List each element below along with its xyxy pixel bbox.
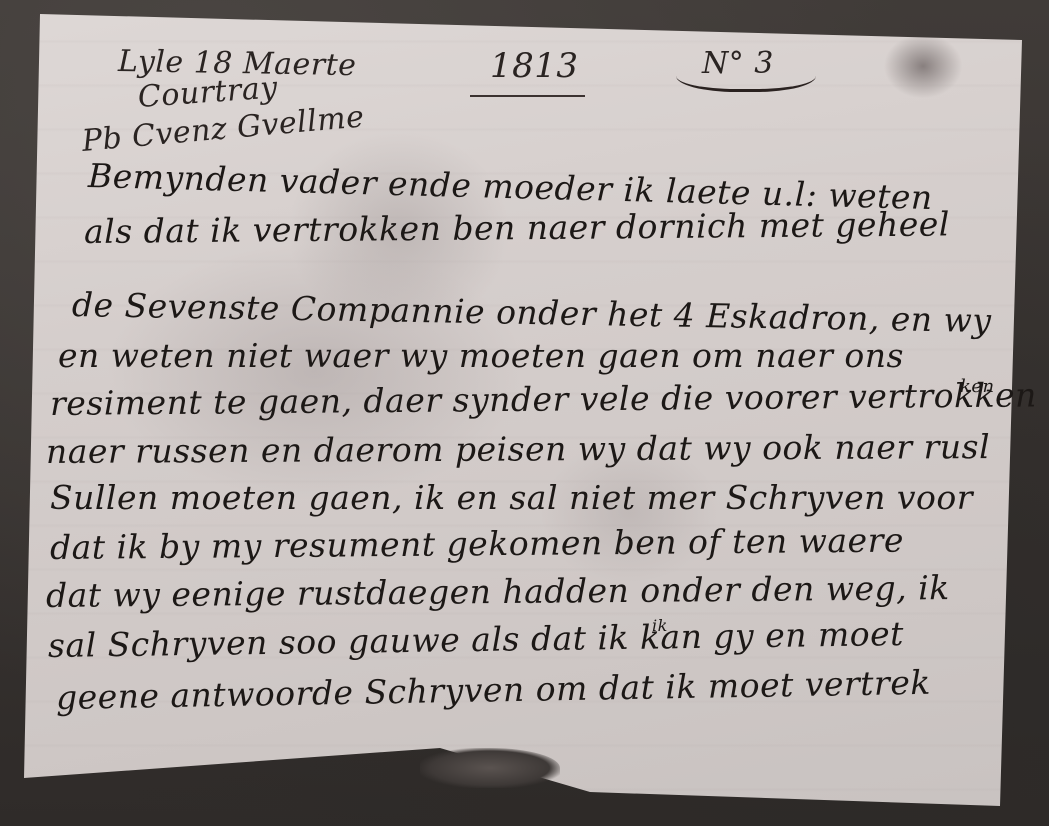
year-underline [470,95,585,97]
letter-line-9: dat wy eenige rustdaegen hadden onder de… [46,568,950,615]
letter-line-2: als dat ik vertrokken ben naer dornich m… [84,204,950,251]
year: 1813 [490,46,579,86]
interlinear-note-ken: ken [960,376,995,397]
letter-line-8: dat ik by my resument gekomen ben of ten… [50,521,904,567]
letter-line-4: en weten niet waer wy moeten gaen om nae… [58,336,904,375]
letter-line-7: Sullen moeten gaen, ik en sal niet mer S… [50,478,973,517]
letter-line-6: naer russen en daerom peisen wy dat wy o… [46,427,990,471]
torn-paper-edge [420,748,560,788]
